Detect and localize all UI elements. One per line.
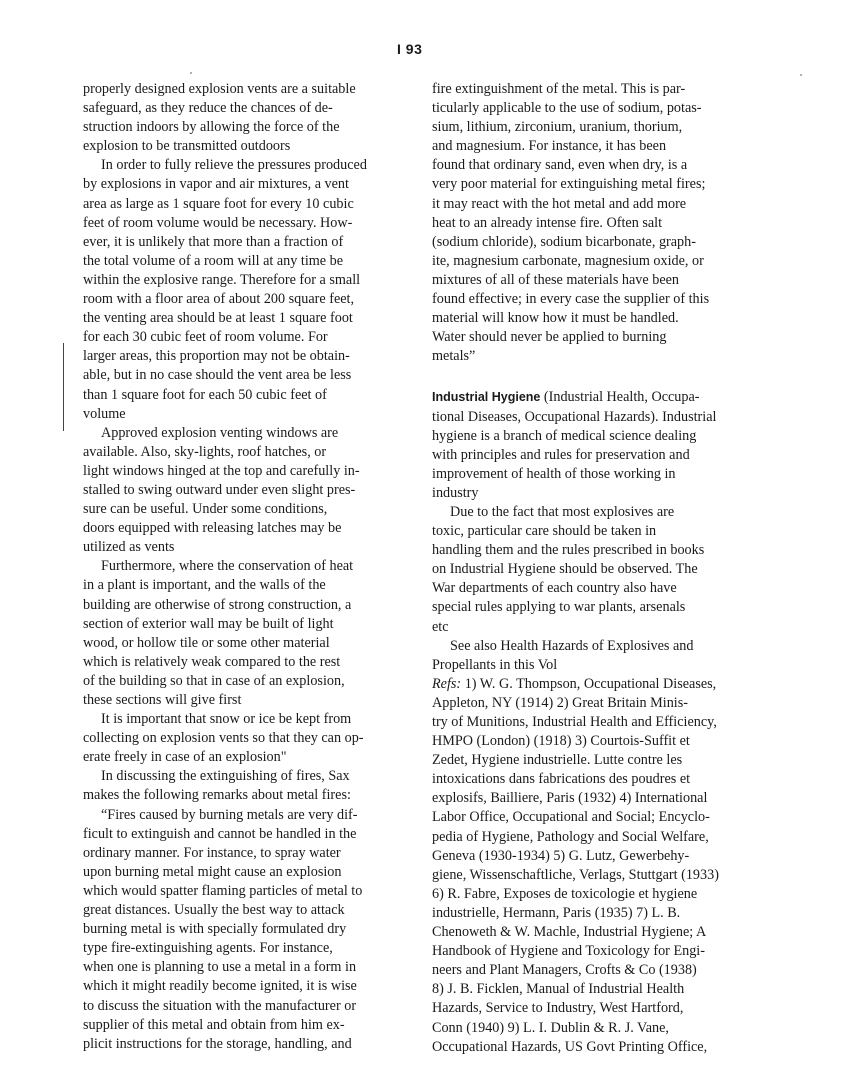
entry-industrial-hygiene: Industrial Hygiene (Industrial Health, O… — [432, 388, 762, 674]
scan-speck — [190, 72, 192, 74]
text-line: erate freely in case of an explosion" — [83, 748, 423, 767]
text-line: In order to fully relieve the pressures … — [83, 156, 423, 175]
entry-first-line-text: (Industrial Health, Occupa- — [540, 389, 699, 405]
scan-speck — [800, 74, 802, 76]
text-line: utilized as vents — [83, 538, 423, 557]
text-line: toxic, particular care should be taken i… — [432, 522, 762, 541]
text-line: tional Diseases, Occupational Hazards). … — [432, 408, 762, 427]
text-line: available. Also, sky-lights, roof hatche… — [83, 443, 423, 462]
text-line: Zedet, Hygiene industrielle. Lutte contr… — [432, 751, 762, 770]
text-line: Water should never be applied to burning — [432, 328, 762, 347]
text-line: light windows hinged at the top and care… — [83, 462, 423, 481]
text-line: by explosions in vapor and air mixtures,… — [83, 175, 423, 194]
text-line: War departments of each country also hav… — [432, 579, 762, 598]
text-line: plicit instructions for the storage, han… — [83, 1035, 423, 1054]
text-line: on Industrial Hygiene should be observed… — [432, 560, 762, 579]
text-line: special rules applying to war plants, ar… — [432, 598, 762, 617]
text-line: 8) J. B. Ficklen, Manual of Industrial H… — [432, 980, 762, 999]
text-line: In discussing the extinguishing of fires… — [83, 767, 423, 786]
text-line: than 1 square foot for each 50 cubic fee… — [83, 386, 423, 405]
text-line: type fire-extinguishing agents. For inst… — [83, 939, 423, 958]
page-number: I 93 — [397, 41, 422, 57]
text-line: feet of room volume would be necessary. … — [83, 214, 423, 233]
text-line: safeguard, as they reduce the chances of… — [83, 99, 423, 118]
text-line: intoxications dans fabrications des poud… — [432, 770, 762, 789]
text-line: 6) R. Fabre, Exposes de toxicologie et h… — [432, 885, 762, 904]
text-line: supplier of this metal and obtain from h… — [83, 1016, 423, 1035]
text-line: upon burning metal might cause an explos… — [83, 863, 423, 882]
text-line: Hazards, Service to Industry, West Hartf… — [432, 999, 762, 1018]
text-line: room with a floor area of about 200 squa… — [83, 290, 423, 309]
text-line: wood, or hollow tile or some other mater… — [83, 634, 423, 653]
text-line: the total volume of a room will at any t… — [83, 252, 423, 271]
references: Refs: 1) W. G. Thompson, Occupational Di… — [432, 675, 762, 1057]
text-line: Appleton, NY (1914) 2) Great Britain Min… — [432, 694, 762, 713]
text-line: found effective; in every case the suppl… — [432, 290, 762, 309]
text-line: larger areas, this proportion may not be… — [83, 347, 423, 366]
text-line: doors equipped with releasing latches ma… — [83, 519, 423, 538]
text-line: material will know how it must be handle… — [432, 309, 762, 328]
text-line: able, but in no case should the vent are… — [83, 366, 423, 385]
text-line: for each 30 cubic feet of room volume. F… — [83, 328, 423, 347]
refs-body: Appleton, NY (1914) 2) Great Britain Min… — [432, 694, 762, 1057]
text-line: ficult to extinguish and cannot be handl… — [83, 825, 423, 844]
text-line: (sodium chloride), sodium bicarbonate, g… — [432, 233, 762, 252]
text-line: mixtures of all of these materials have … — [432, 271, 762, 290]
text-line: area as large as 1 square foot for every… — [83, 195, 423, 214]
text-line: Due to the fact that most explosives are — [432, 503, 762, 522]
text-line: very poor material for extinguishing met… — [432, 175, 762, 194]
text-line: within the explosive range. Therefore fo… — [83, 271, 423, 290]
text-line: giene, Wissenschaftliche, Verlags, Stutt… — [432, 866, 762, 885]
text-line: which it might readily become ignited, i… — [83, 977, 423, 996]
text-line: stalled to swing outward under even slig… — [83, 481, 423, 500]
text-line: sure can be useful. Under some condition… — [83, 500, 423, 519]
text-line: Geneva (1930-1934) 5) G. Lutz, Gewerbehy… — [432, 847, 762, 866]
entry-first-line: Industrial Hygiene (Industrial Health, O… — [432, 388, 762, 407]
text-line: ite, magnesium carbonate, magnesium oxid… — [432, 252, 762, 271]
left-column: properly designed explosion vents are a … — [83, 80, 423, 1054]
section-gap — [432, 366, 762, 388]
margin-change-bar — [63, 343, 64, 431]
text-line: makes the following remarks about metal … — [83, 786, 423, 805]
entry-body: tional Diseases, Occupational Hazards). … — [432, 408, 762, 675]
text-line: industrielle, Hermann, Paris (1935) 7) L… — [432, 904, 762, 923]
text-line: Chenoweth & W. Machle, Industrial Hygien… — [432, 923, 762, 942]
entry-headword: Industrial Hygiene — [432, 390, 540, 404]
text-line: and magnesium. For instance, it has been — [432, 137, 762, 156]
text-line: Occupational Hazards, US Govt Printing O… — [432, 1038, 762, 1057]
text-line: metals” — [432, 347, 762, 366]
text-line: heat to an already intense fire. Often s… — [432, 214, 762, 233]
text-line: HMPO (London) (1918) 3) Courtois-Suffit … — [432, 732, 762, 751]
text-line: in a plant is important, and the walls o… — [83, 576, 423, 595]
text-line: building are otherwise of strong constru… — [83, 596, 423, 615]
text-line: “Fires caused by burning metals are very… — [83, 806, 423, 825]
text-line: sium, lithium, zirconium, uranium, thori… — [432, 118, 762, 137]
text-line: when one is planning to use a metal in a… — [83, 958, 423, 977]
refs-first-line: Refs: 1) W. G. Thompson, Occupational Di… — [432, 675, 762, 694]
text-line: found that ordinary sand, even when dry,… — [432, 156, 762, 175]
text-line: it may react with the hot metal and add … — [432, 195, 762, 214]
text-line: Propellants in this Vol — [432, 656, 762, 675]
text-line: with principles and rules for preservati… — [432, 446, 762, 465]
text-line: pedia of Hygiene, Pathology and Social W… — [432, 828, 762, 847]
text-line: which would spatter flaming particles of… — [83, 882, 423, 901]
right-column: fire extinguishment of the metal. This i… — [432, 80, 762, 1057]
text-line: explosion to be transmitted outdoors — [83, 137, 423, 156]
text-line: of the building so that in case of an ex… — [83, 672, 423, 691]
refs-label: Refs: — [432, 676, 461, 692]
text-line: which is relatively weak compared to the… — [83, 653, 423, 672]
text-line: improvement of health of those working i… — [432, 465, 762, 484]
text-line: volume — [83, 405, 423, 424]
text-line: great distances. Usually the best way to… — [83, 901, 423, 920]
text-line: ticularly applicable to the use of sodiu… — [432, 99, 762, 118]
text-line: properly designed explosion vents are a … — [83, 80, 423, 99]
text-line: fire extinguishment of the metal. This i… — [432, 80, 762, 99]
text-line: etc — [432, 618, 762, 637]
text-line: section of exterior wall may be built of… — [83, 615, 423, 634]
text-line: struction indoors by allowing the force … — [83, 118, 423, 137]
text-line: burning metal is with specially formulat… — [83, 920, 423, 939]
text-line: Furthermore, where the conservation of h… — [83, 557, 423, 576]
text-line: See also Health Hazards of Explosives an… — [432, 637, 762, 656]
text-line: Handbook of Hygiene and Toxicology for E… — [432, 942, 762, 961]
text-line: the venting area should be at least 1 sq… — [83, 309, 423, 328]
text-line: industry — [432, 484, 762, 503]
refs-first-line-text: 1) W. G. Thompson, Occupational Diseases… — [461, 676, 716, 692]
text-line: Conn (1940) 9) L. I. Dublin & R. J. Vane… — [432, 1019, 762, 1038]
text-line: It is important that snow or ice be kept… — [83, 710, 423, 729]
quote-continuation: fire extinguishment of the metal. This i… — [432, 80, 762, 366]
text-line: ever, it is unlikely that more than a fr… — [83, 233, 423, 252]
text-line: Labor Office, Occupational and Social; E… — [432, 808, 762, 827]
text-line: ordinary manner. For instance, to spray … — [83, 844, 423, 863]
text-line: handling them and the rules prescribed i… — [432, 541, 762, 560]
text-line: these sections will give first — [83, 691, 423, 710]
text-line: explosifs, Bailliere, Paris (1932) 4) In… — [432, 789, 762, 808]
text-line: try of Munitions, Industrial Health and … — [432, 713, 762, 732]
text-line: hygiene is a branch of medical science d… — [432, 427, 762, 446]
text-line: Approved explosion venting windows are — [83, 424, 423, 443]
text-line: to discuss the situation with the manufa… — [83, 997, 423, 1016]
text-line: neers and Plant Managers, Crofts & Co (1… — [432, 961, 762, 980]
text-line: collecting on explosion vents so that th… — [83, 729, 423, 748]
